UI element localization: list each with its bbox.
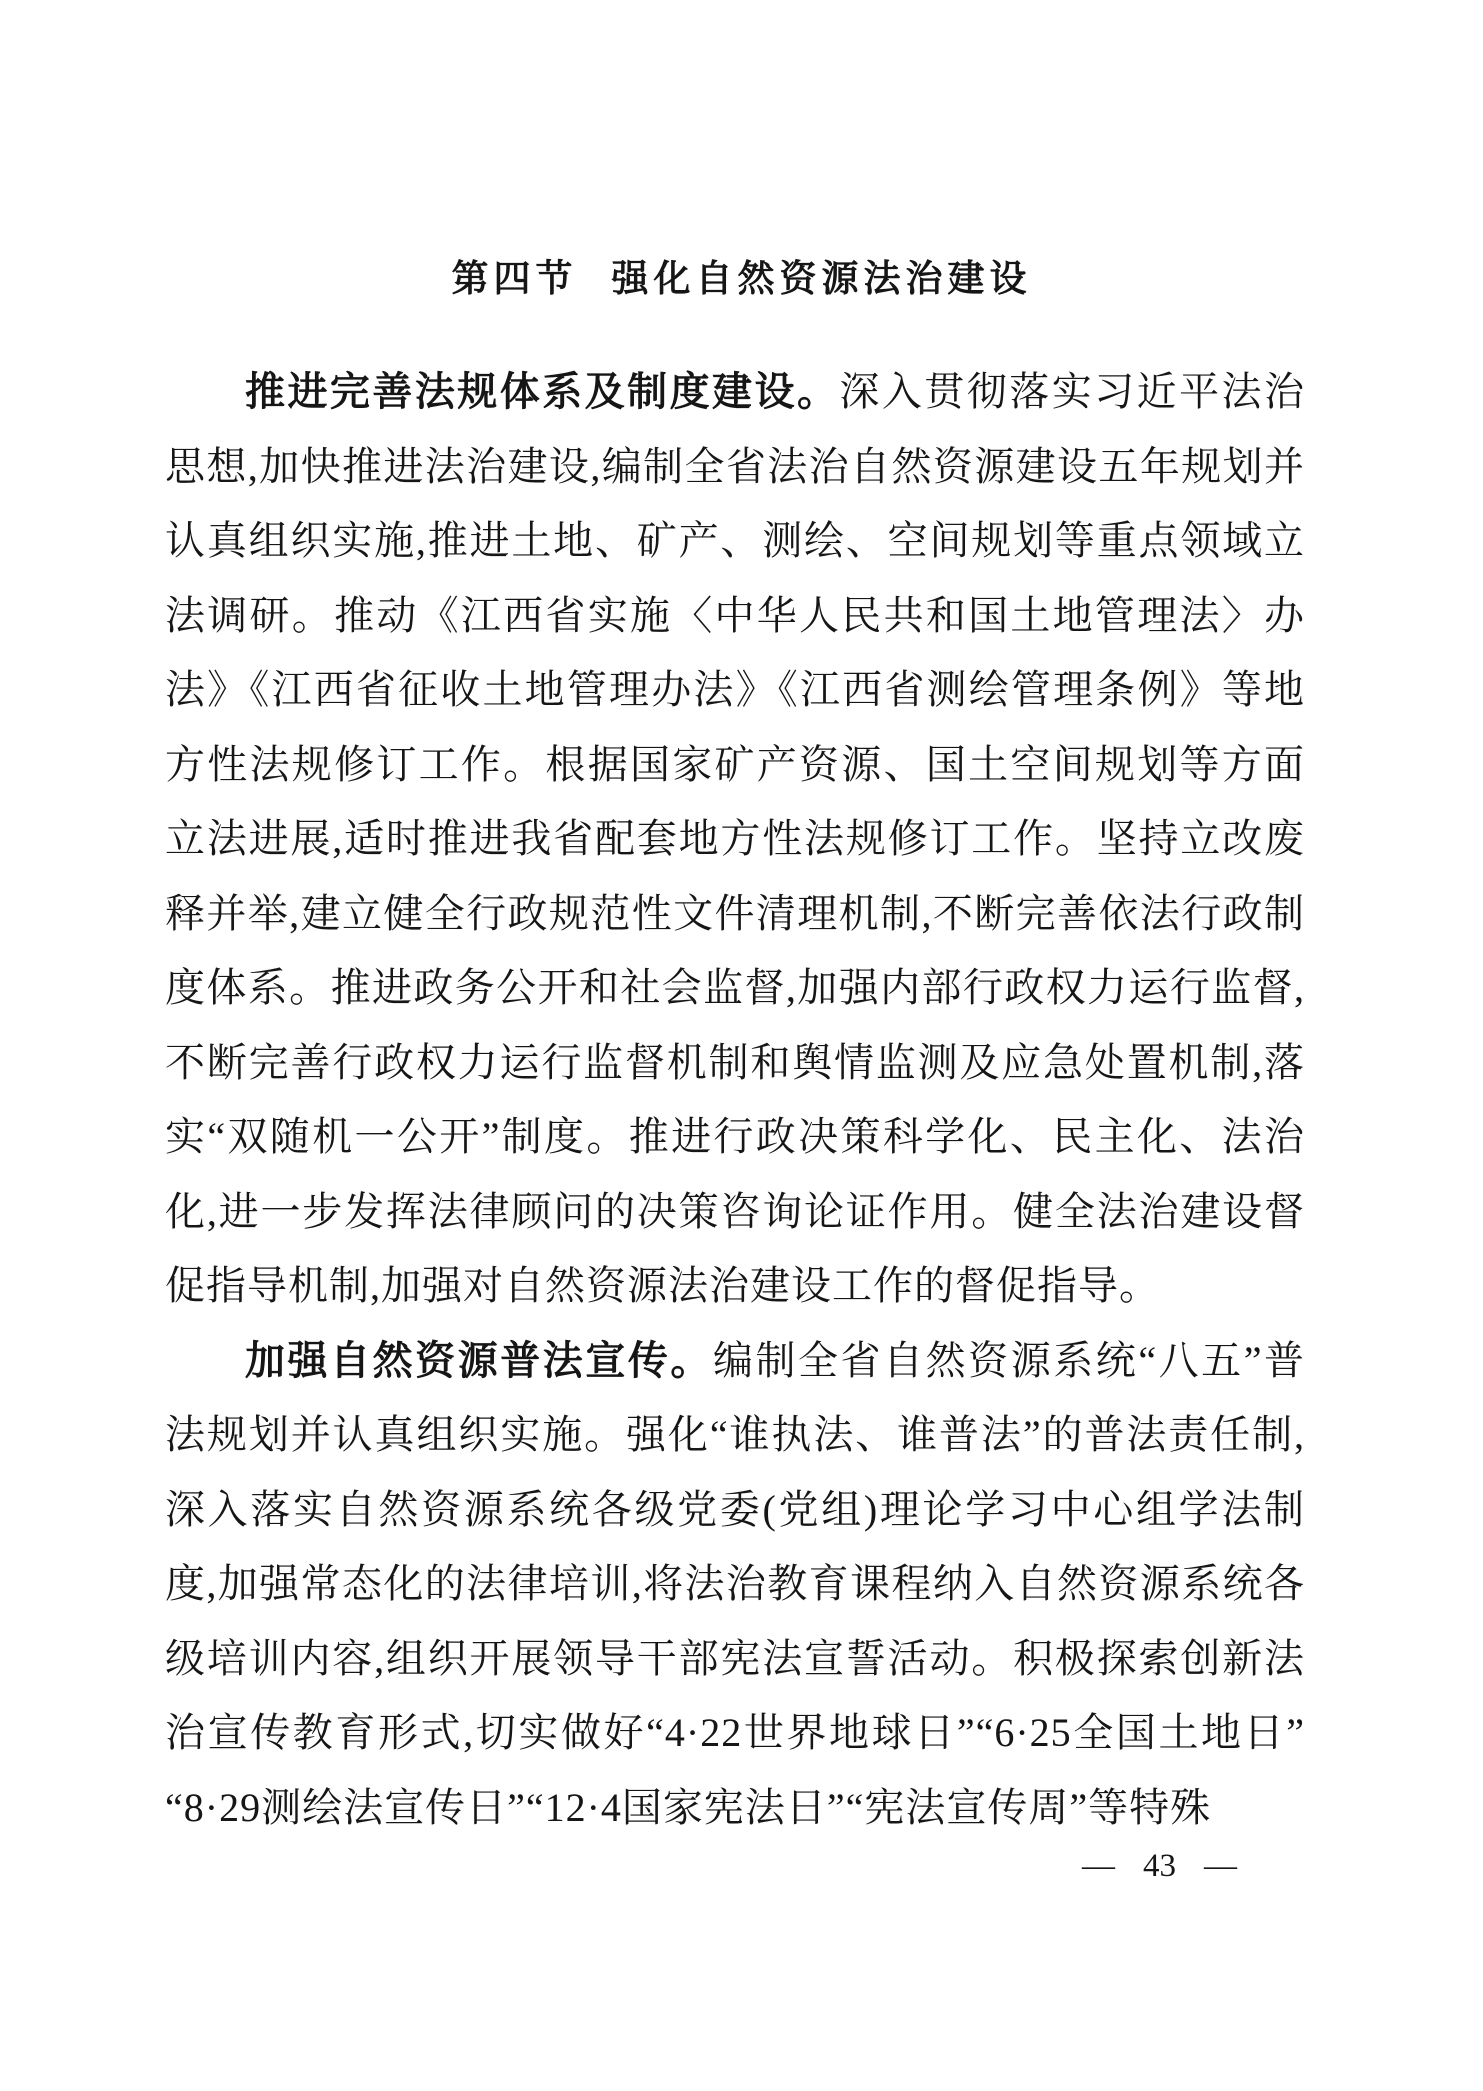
paragraph-2: 加强自然资源普法宣传。编制全省自然资源系统“八五”普法规划并认真组织实施。强化“… [165,1324,1305,1846]
paragraph-1-lead: 推进完善法规体系及制度建设。 [245,369,839,414]
footer-right-dash: — [1204,1848,1237,1885]
document-page: 第四节强化自然资源法治建设 推进完善法规体系及制度建设。深入贯彻落实习近平法治思… [0,0,1483,2091]
paragraph-1-text: 深入贯彻落实习近平法治思想,加快推进法治建设,编制全省法治自然资源建设五年规划并… [165,369,1305,1308]
paragraph-1: 推进完善法规体系及制度建设。深入贯彻落实习近平法治思想,加快推进法治建设,编制全… [165,355,1305,1324]
page-footer: —43— [1082,1848,1237,1885]
section-title-name: 强化自然资源法治建设 [612,259,1032,300]
page-number: 43 [1143,1848,1176,1885]
footer-left-dash: — [1082,1848,1115,1885]
section-title-number: 第四节 [452,259,578,300]
document-body: 推进完善法规体系及制度建设。深入贯彻落实习近平法治思想,加快推进法治建设,编制全… [165,355,1305,1845]
paragraph-2-text: 编制全省自然资源系统“八五”普法规划并认真组织实施。强化“谁执法、谁普法”的普法… [165,1338,1305,1830]
paragraph-2-lead: 加强自然资源普法宣传。 [245,1338,713,1383]
section-title: 第四节强化自然资源法治建设 [0,248,1483,302]
